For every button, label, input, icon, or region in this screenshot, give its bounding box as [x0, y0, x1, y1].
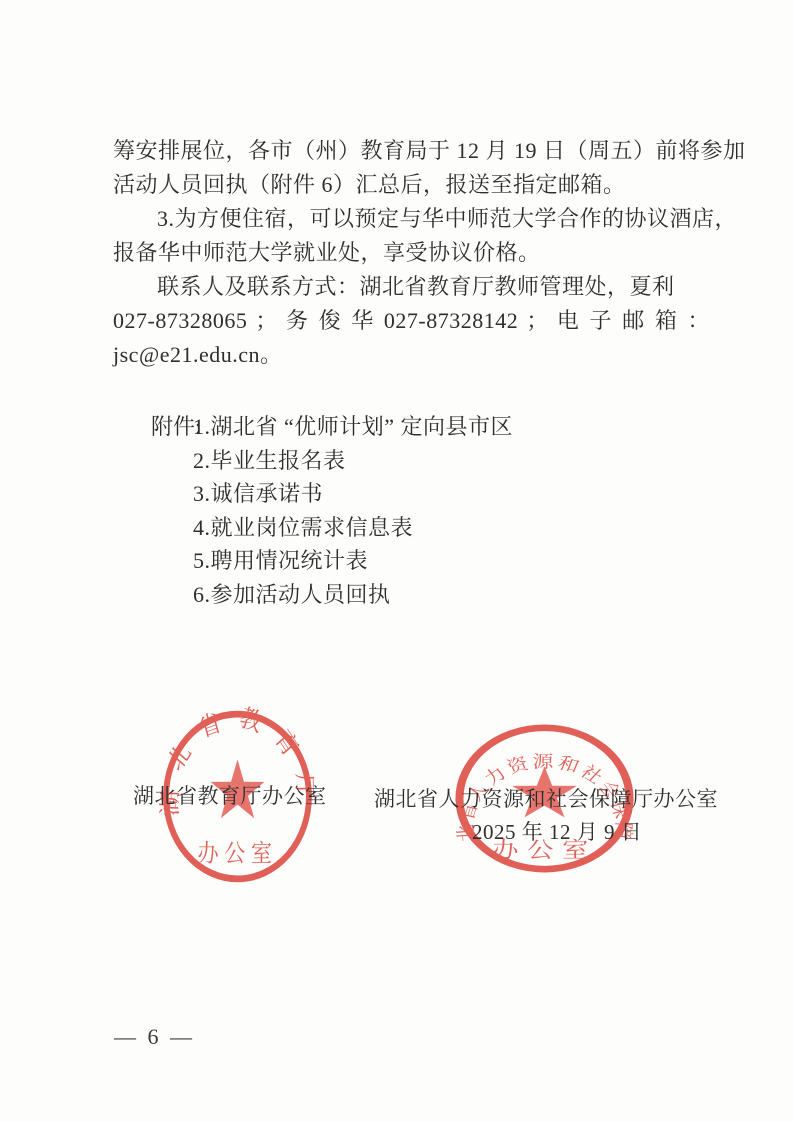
attachment-item: 6.参加活动人员回执: [151, 578, 513, 612]
attachment-item: 3.诚信承诺书: [151, 477, 513, 511]
body-line: 联系人及联系方式：湖北省教育厅教师管理处，夏利: [113, 270, 710, 304]
signature-right-office: 湖北省人力资源和社会保障厅办公室: [374, 783, 718, 813]
body-line: 3.为方便住宿，可以预定与华中师范大学合作的协议酒店，: [113, 202, 710, 236]
attachment-item: 1.湖北省 “优师计划” 定向县市区: [193, 414, 513, 439]
signature-date: 2025 年 12 月 9 日: [472, 816, 642, 846]
attachments-label: 附件:: [151, 410, 193, 444]
signature-left-office: 湖北省教育厅办公室: [133, 780, 327, 810]
body-line: 027-87328065 ； 务 俊 华 027-87328142 ； 电 子 …: [113, 304, 710, 338]
attachment-item: 2.毕业生报名表: [151, 444, 513, 478]
body-line: jsc@e21.edu.cn。: [113, 338, 710, 372]
attachment-row: 附件:1.湖北省 “优师计划” 定向县市区: [151, 410, 513, 444]
body-line: 活动人员回执（附件 6）汇总后，报送至指定邮箱。: [113, 168, 710, 202]
document-body-text: 筹安排展位，各市（州）教育局于 12 月 19 日（周五）前将参加 活动人员回执…: [113, 134, 710, 372]
body-line: 报备华中师范大学就业处，享受协议价格。: [113, 236, 710, 270]
scanned-document-page: { "body": { "lines": [ "筹安排展位，各市（州）教育局于 …: [0, 0, 793, 1121]
attachments-list: 附件:1.湖北省 “优师计划” 定向县市区 2.毕业生报名表 3.诚信承诺书 4…: [151, 410, 513, 611]
attachment-item: 5.聘用情况统计表: [151, 544, 513, 578]
seal-bottom-text: 办公室: [197, 839, 277, 867]
body-line: 筹安排展位，各市（州）教育局于 12 月 19 日（周五）前将参加: [113, 134, 710, 168]
attachment-item: 4.就业岗位需求信息表: [151, 511, 513, 545]
page-number: — 6 —: [114, 1024, 195, 1050]
